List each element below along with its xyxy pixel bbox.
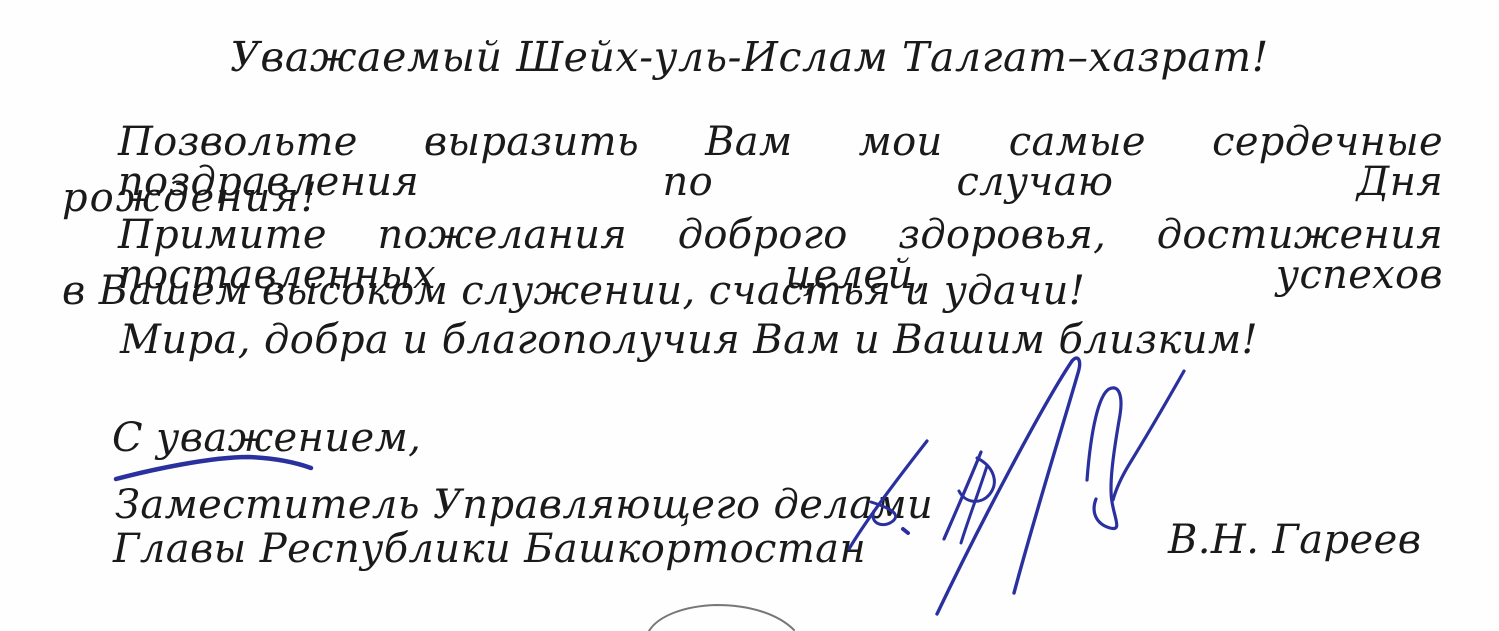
letter-title: Уважаемый Шейх-уль-Ислам Талгат–хазрат! [0, 37, 1499, 78]
signer-name: В.Н. Гареев [1168, 520, 1421, 560]
paragraph2-line2: в Вашем высоком служении, счастья и удач… [62, 271, 1085, 311]
closing-salutation: С уважением, [112, 418, 421, 458]
stamp-arc-partial [649, 605, 794, 631]
paragraph3-line1: Мира, добра и благополучия Вам и Вашим б… [120, 320, 1258, 360]
signer-title-line2: Главы Республики Башкортостан [113, 529, 866, 569]
signer-title-line1: Заместитель Управляющего делами [115, 485, 933, 525]
scanned-letter-page: Уважаемый Шейх-уль-Ислам Талгат–хазрат! … [0, 0, 1499, 631]
